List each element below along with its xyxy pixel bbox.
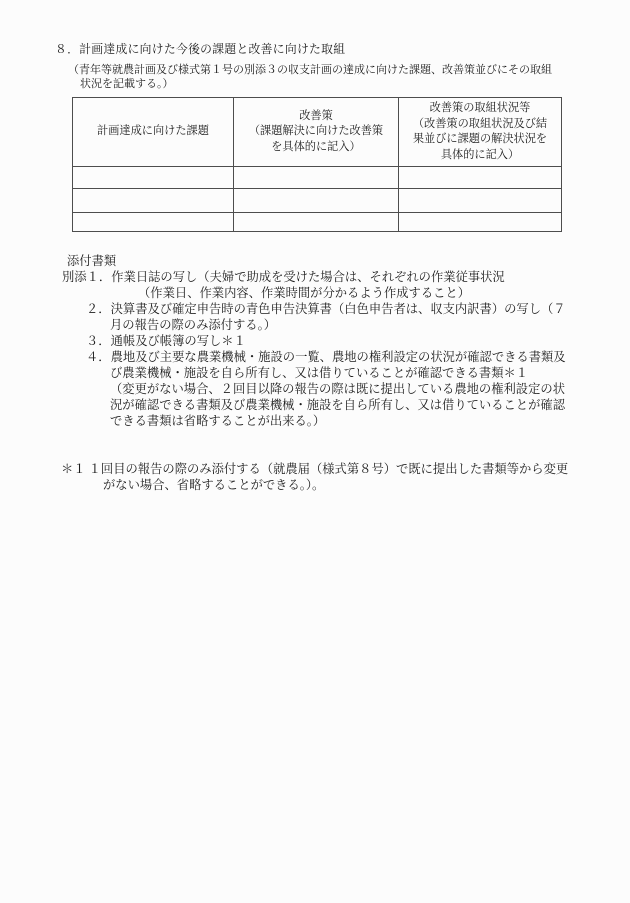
attachment-prefix: 別添 (62, 269, 87, 285)
attachment-item-4-text: 農地及び主要な農業機械・施設の一覧、農地の権利設定の状況が確認できる書類及 (111, 350, 566, 364)
table-cell (399, 213, 562, 232)
attachment-item-4-line-4: 況が確認できる書類及び農業機械・施設を自ら所有し、又は借りていることが確認 (110, 397, 565, 413)
attachment-item-2-number: ２． (86, 301, 111, 317)
table-row (73, 189, 562, 213)
footnote-line-2: がない場合、省略することができる。）。 (103, 477, 324, 493)
attachment-item-4-number: ４． (86, 349, 111, 365)
table-cell (234, 167, 399, 189)
attachment-item-4-line-3: （変更がない場合、２回目以降の報告の際は既に提出している農地の権利設定の状 (110, 381, 565, 397)
attachment-item-2-text: 決算書及び確定申告時の青色申告決算書（白色申告者は、収支内訳書）の写し（７ (111, 302, 566, 316)
table-row (73, 167, 562, 189)
footnote-line-1: ＊１１回目の報告の際のみ添付する（就農届（様式第８号）で既に提出した書類等から変… (61, 461, 568, 477)
table-cell (234, 189, 399, 213)
attachment-item-3-text: 通帳及び帳簿の写し＊１ (111, 334, 246, 348)
footnote-text-line-1: １回目の報告の際のみ添付する（就農届（様式第８号）で既に提出した書類等から変更 (89, 462, 569, 476)
attachment-item-3-number: ３． (86, 333, 111, 349)
document-page: ８．計画達成に向けた今後の課題と改善に向けた取組 （青年等就農計画及び様式第１号… (0, 0, 630, 903)
attachment-item-1-text: 作業日誌の写し（夫婦で助成を受けた場合は、それぞれの作業従事状況 (111, 270, 505, 284)
section-heading: ８．計画達成に向けた今後の課題と改善に向けた取組 (55, 41, 345, 57)
attachment-item-4-line-5: できる書類は省略することが出来る。） (110, 413, 325, 429)
table-cell (234, 213, 399, 232)
table-cell (73, 167, 234, 189)
table-row (73, 213, 562, 232)
table-cell (399, 189, 562, 213)
attachment-item-2-line-1: ２．決算書及び確定申告時の青色申告決算書（白色申告者は、収支内訳書）の写し（７ (86, 301, 566, 317)
attachments-heading: 添付書類 (67, 253, 116, 269)
attachment-item-1-line-2: （作業日、作業内容、作業時間が分かるよう作成すること） (138, 285, 470, 301)
table-cell (73, 213, 234, 232)
issues-improvement-table: 計画達成に向けた課題 改善策 （課題解決に向けた改善策 を具体的に記入） 改善策… (72, 97, 562, 232)
table-cell (399, 167, 562, 189)
attachment-item-1-number: １． (87, 269, 112, 285)
attachment-item-2-line-2: 月の報告の際のみ添付する。） (110, 317, 276, 333)
footnote-marker: ＊１ (61, 462, 86, 476)
attachment-item-4-line-1: ４．農地及び主要な農業機械・施設の一覧、農地の権利設定の状況が確認できる書類及 (86, 349, 566, 365)
section-note-line2: 状況を記載する。） (80, 77, 174, 92)
col-header-issues: 計画達成に向けた課題 (73, 98, 234, 167)
attachment-item-4-line-2: び農業機械・施設を自ら所有し、又は借りていることが確認できる書類＊１ (110, 365, 528, 381)
attachment-item-1-line-1: 別添１．作業日誌の写し（夫婦で助成を受けた場合は、それぞれの作業従事状況 (62, 269, 505, 285)
table-header-row: 計画達成に向けた課題 改善策 （課題解決に向けた改善策 を具体的に記入） 改善策… (73, 98, 562, 167)
attachment-item-3-line-1: ３．通帳及び帳簿の写し＊１ (86, 333, 246, 349)
col-header-improvement-status: 改善策の取組状況等 （改善策の取組状況及び結 果並びに課題の解決状況を 具体的に… (399, 98, 562, 167)
section-note-line1: （青年等就農計画及び様式第１号の別添３の収支計画の達成に向けた課題、改善策並びに… (68, 63, 552, 78)
col-header-improvement-plan: 改善策 （課題解決に向けた改善策 を具体的に記入） (234, 98, 399, 167)
table-cell (73, 189, 234, 213)
